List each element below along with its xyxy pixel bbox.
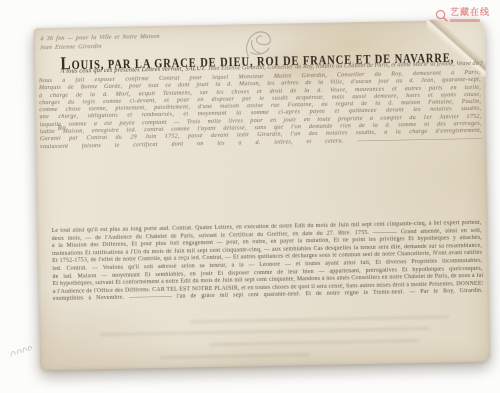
parchment-document: à 36 fon — pour la Ville et Notre Maison… [34,20,490,371]
printed-form-block: Le tout ainsi qu'il est plus au long por… [52,220,483,304]
corner-annotations: à 36 fon — pour la Ville et Notre Maison… [39,32,191,53]
verso-bleedthrough [160,353,310,359]
auction-watermark: 艺藏在线 [435,9,490,22]
verso-bleedthrough [189,315,449,323]
manuscript-block: Nous a fait exposer confirmé Contrat pou… [39,70,482,151]
photo-background: 艺藏在线 à 36 fon — pour la Ville et Notre M… [0,0,500,393]
watermark-subtext [450,19,480,22]
verso-bleedthrough [100,327,430,336]
watermark-text: 艺藏在线 [450,9,490,18]
inventory-pencil-mark [7,341,36,361]
salutation-printed: A tous ceux qui ces présentes Lettres ve… [61,65,207,75]
verso-bleedthrough [210,339,420,346]
magnifier-icon [435,9,448,22]
